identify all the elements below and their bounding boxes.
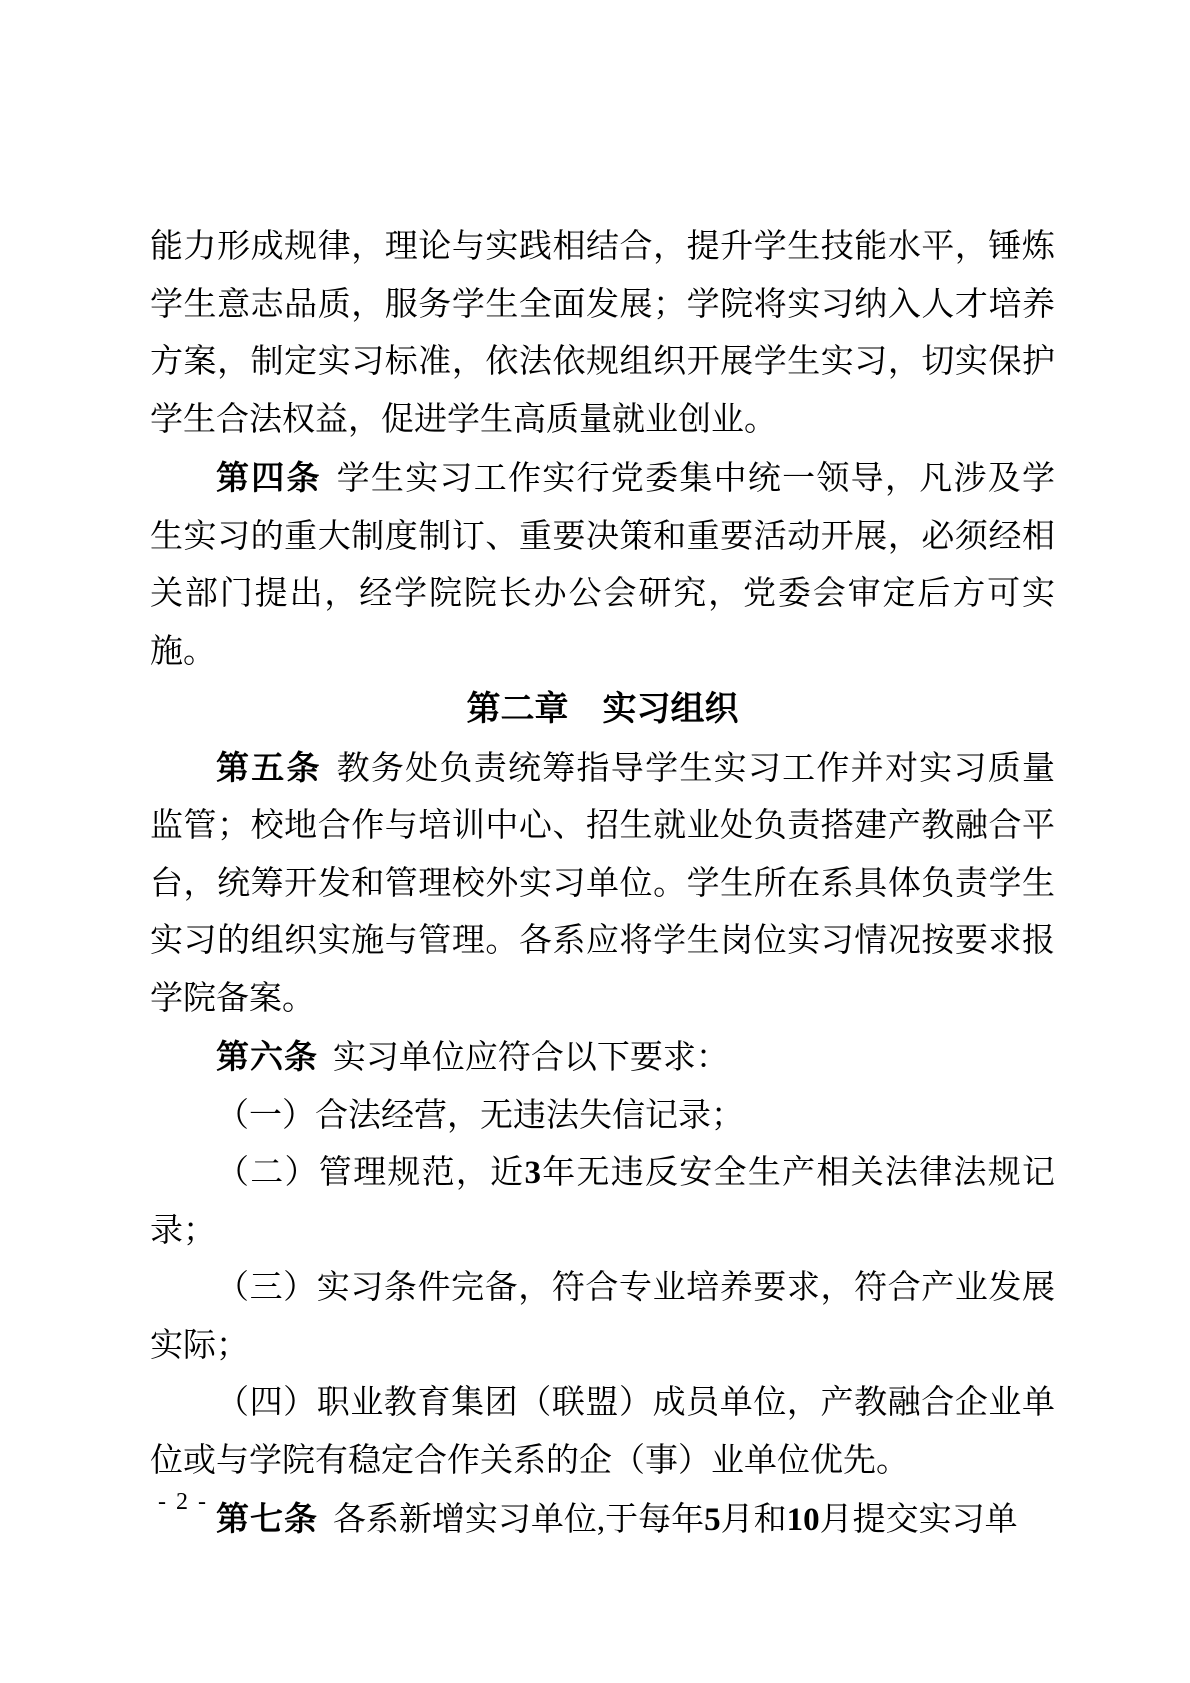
paragraph: （四）职业教育集团（联盟）成员单位，产教融合企业单位或与学院有稳定合作关系的企（…: [150, 1375, 1055, 1490]
article-term: 第七条: [216, 1500, 318, 1537]
paragraph: 第六条实习单位应符合以下要求：: [150, 1028, 1055, 1088]
paragraph-text: 月和: [721, 1502, 787, 1538]
paragraph-text: （三）实习条件完备，符合专业培养要求，符合产业发展实际；: [150, 1270, 1055, 1364]
paragraph-text: 实习单位应符合以下要求：: [333, 1040, 729, 1076]
chapter-heading: 第二章 实习组织: [150, 681, 1055, 739]
paragraph-text: （四）职业教育集团（联盟）成员单位，产教融合企业单位或与学院有稳定合作关系的企（…: [150, 1385, 1055, 1479]
paragraph: 能力形成规律，理论与实践相结合，提升学生技能水平，锤炼学生意志品质，服务学生全面…: [150, 219, 1055, 449]
paragraph: （三）实习条件完备，符合专业培养要求，符合产业发展实际；: [150, 1260, 1055, 1375]
page-number: - 2 -: [158, 1488, 208, 1516]
paragraph: 第五条教务处负责统筹指导学生实习工作并对实习质量监管；校地合作与培训中心、招生就…: [150, 739, 1055, 1029]
paragraph-text: 月提交实习单: [820, 1502, 1018, 1538]
paragraph-text: （一）合法经营，无违法失信记录；: [216, 1098, 744, 1134]
paragraph: （一）合法经营，无违法失信记录；: [150, 1088, 1055, 1146]
article-term: 第五条: [216, 749, 322, 786]
document-page: 能力形成规律，理论与实践相结合，提升学生技能水平，锤炼学生意志品质，服务学生全面…: [0, 0, 1190, 1683]
bold-number: 5: [704, 1502, 721, 1538]
article-term: 第六条: [216, 1038, 318, 1075]
paragraph-text: 能力形成规律，理论与实践相结合，提升学生技能水平，锤炼学生意志品质，服务学生全面…: [150, 229, 1055, 438]
bold-number: 10: [787, 1502, 820, 1538]
paragraph-text: 教务处负责统筹指导学生实习工作并对实习质量监管；校地合作与培训中心、招生就业处负…: [150, 751, 1055, 1017]
paragraph: 第四条学生实习工作实行党委集中统一领导，凡涉及学生实习的重大制度制订、重要决策和…: [150, 449, 1055, 681]
paragraph: （二）管理规范，近3年无违反安全生产相关法律法规记录；: [150, 1145, 1055, 1260]
bold-number: 3: [524, 1155, 541, 1191]
text-content: 能力形成规律，理论与实践相结合，提升学生技能水平，锤炼学生意志品质，服务学生全面…: [150, 219, 1055, 1550]
paragraph: 第七条各系新增实习单位,于每年5月和10月提交实习单: [150, 1490, 1055, 1550]
paragraph-text: 各系新增实习单位,于每年: [333, 1502, 704, 1538]
paragraph-text: （二）管理规范，近: [216, 1155, 524, 1191]
article-term: 第四条: [216, 459, 322, 496]
